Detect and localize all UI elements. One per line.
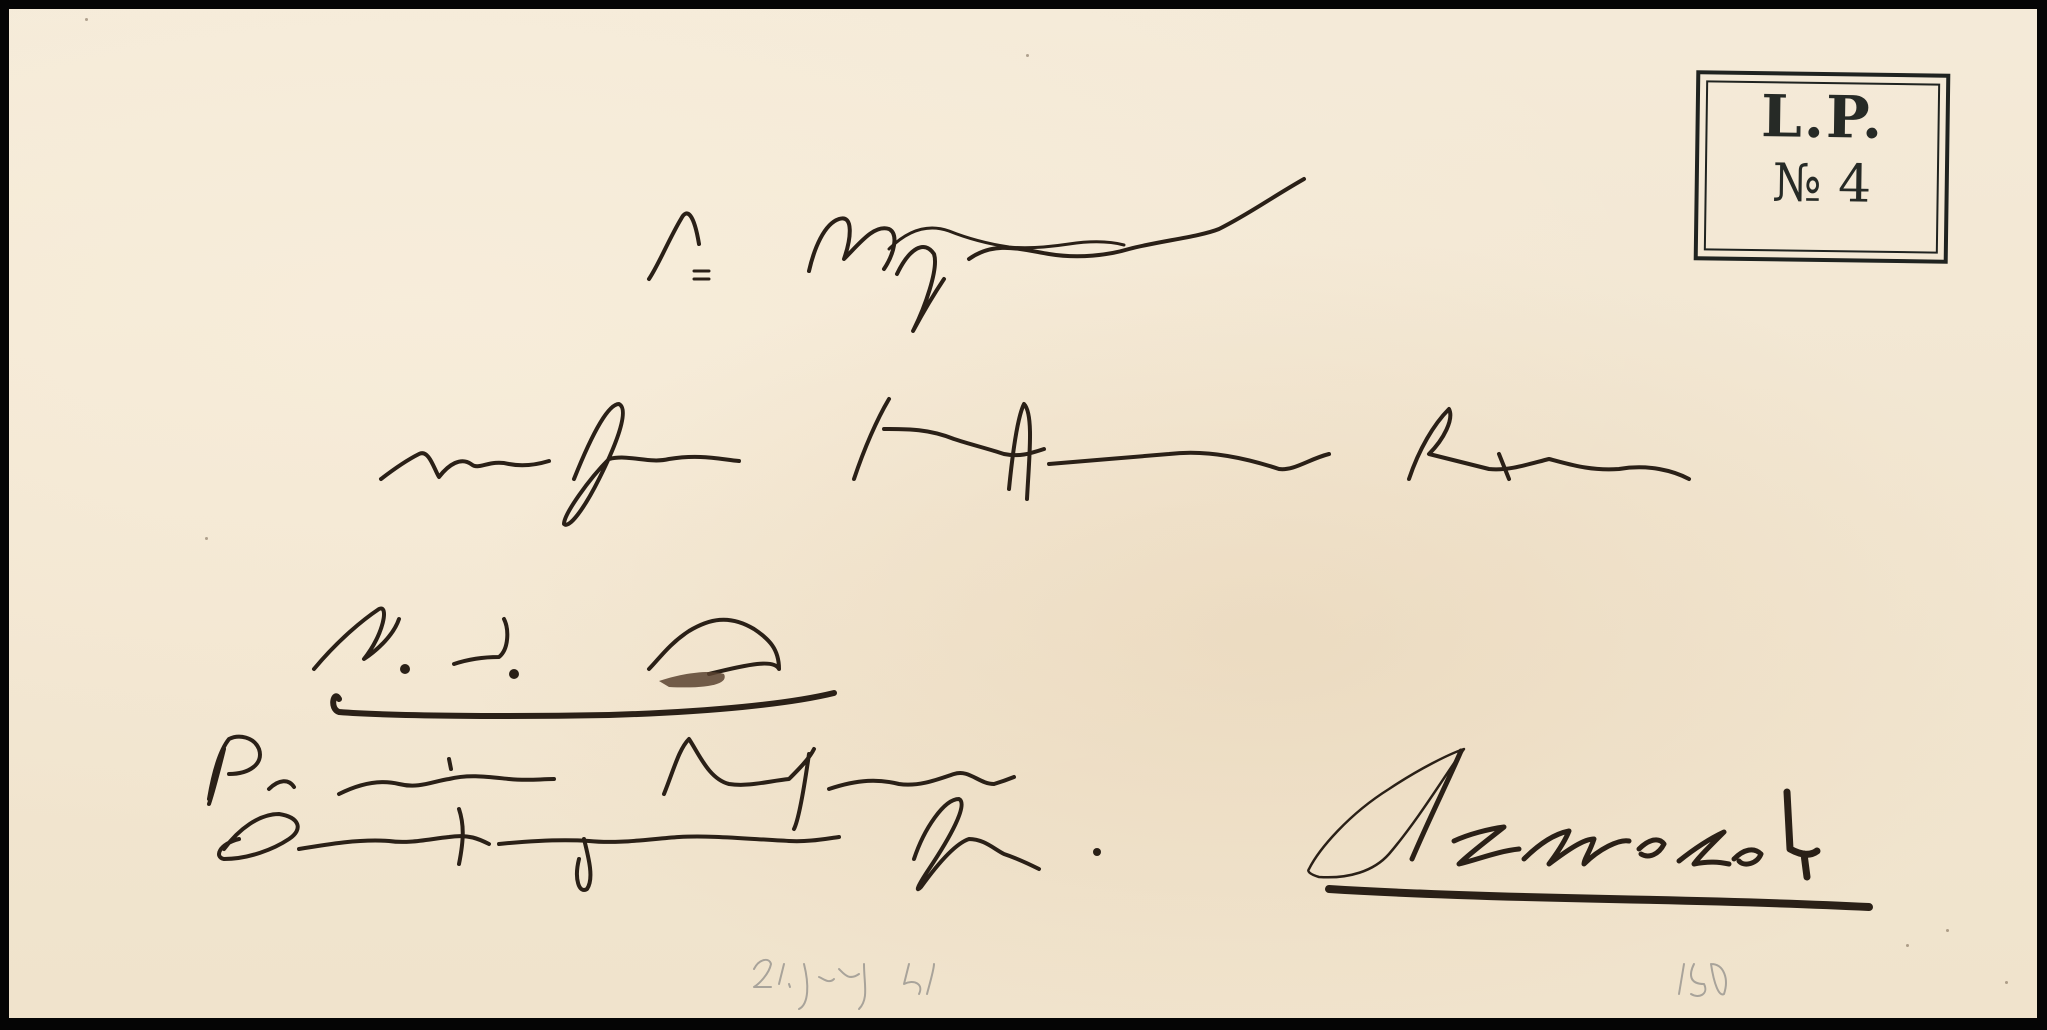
pencil-number: 150 bbox=[1679, 959, 1744, 999]
recipient-line: dem Herrn Kirchspielvogt Seidel bbox=[381, 409, 1382, 479]
destination-line: Bramstedt bbox=[1309, 769, 1734, 862]
salutation-line: Sr Wohlgeboren bbox=[649, 214, 1092, 277]
abbreviation-line: H. d. S. bbox=[314, 614, 524, 679]
pencil-date: 21. July 51 bbox=[754, 959, 939, 999]
letter-paper: L.P. № 4 bbox=[9, 9, 2037, 1018]
instruction-line-2: Ordinair abzunehmen hat. bbox=[219, 814, 834, 868]
instruction-line-1: Per reitenden Boten, welcher bbox=[204, 744, 889, 798]
